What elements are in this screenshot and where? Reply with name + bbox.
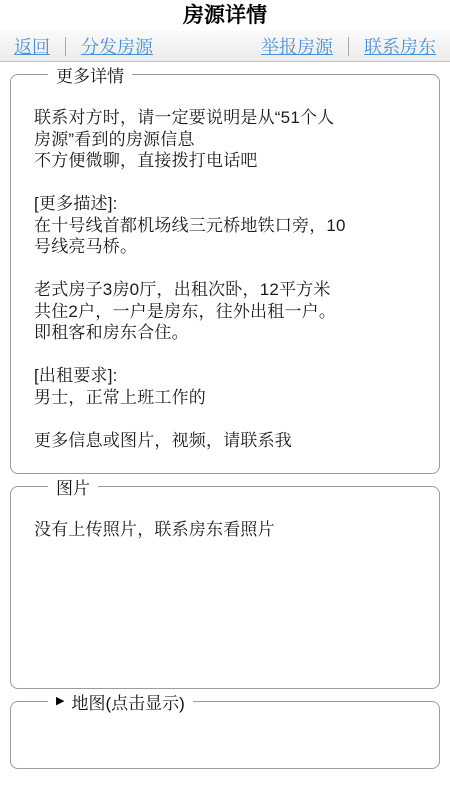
text-line: [更多描述]: — [34, 193, 416, 215]
text-line: 联系对方时，请一定要说明是从“51个人 — [34, 107, 416, 129]
details-text: 联系对方时，请一定要说明是从“51个人 房源”看到的房源信息 不方便微聊，直接拨… — [34, 107, 416, 451]
details-legend: 更多详情 — [48, 62, 132, 87]
text-line: 在十号线首都机场线三元桥地铁口旁，10 — [34, 215, 416, 237]
text-line: 老式房子3房0厅，出租次卧，12平方米 — [34, 279, 416, 301]
toolbar-right-group: 举报房源 联系房东 — [261, 33, 436, 59]
text-line: 不方便微聊，直接拨打电话吧 — [34, 150, 416, 172]
text-line: 男士，正常上班工作的 — [34, 387, 416, 409]
text-line: [出租要求]: — [34, 365, 416, 387]
text-line: 更多信息或图片，视频，请联系我 — [34, 430, 416, 452]
details-section: 更多详情 联系对方时，请一定要说明是从“51个人 房源”看到的房源信息 不方便微… — [10, 62, 440, 474]
map-legend[interactable]: ▶ 地图(点击显示) — [48, 689, 193, 714]
text-line — [34, 344, 416, 366]
photos-empty-area — [34, 541, 416, 666]
distribute-listing-link[interactable]: 分发房源 — [81, 33, 153, 59]
separator — [65, 37, 66, 56]
back-link[interactable]: 返回 — [14, 33, 50, 59]
report-listing-link[interactable]: 举报房源 — [261, 33, 333, 59]
photos-section: 图片 没有上传照片，联系房东看照片 — [10, 474, 440, 689]
text-line — [34, 258, 416, 280]
text-line: 即租客和房东合住。 — [34, 322, 416, 344]
map-collapsed-area — [34, 734, 416, 746]
page-title: 房源详情 — [0, 5, 450, 27]
contact-landlord-link[interactable]: 联系房东 — [364, 33, 436, 59]
map-section[interactable]: ▶ 地图(点击显示) — [10, 689, 440, 769]
text-line: 共住2户，一户是房东，往外出租一户。 — [34, 301, 416, 323]
text-line — [34, 408, 416, 430]
text-line: 号线亮马桥。 — [34, 236, 416, 258]
map-legend-label: 地图(点击显示) — [71, 689, 184, 714]
collapsed-triangle-icon: ▶ — [56, 693, 64, 710]
separator — [348, 37, 349, 56]
text-line: 房源”看到的房源信息 — [34, 129, 416, 151]
no-photos-message: 没有上传照片，联系房东看照片 — [34, 519, 416, 541]
photos-legend: 图片 — [48, 474, 98, 499]
toolbar: 返回 分发房源 举报房源 联系房东 — [0, 31, 450, 62]
text-line — [34, 172, 416, 194]
toolbar-left-group: 返回 分发房源 — [14, 33, 153, 59]
property-detail-page: 房源详情 返回 分发房源 举报房源 联系房东 更多详情 联系对方时，请一定要说明… — [0, 0, 450, 800]
